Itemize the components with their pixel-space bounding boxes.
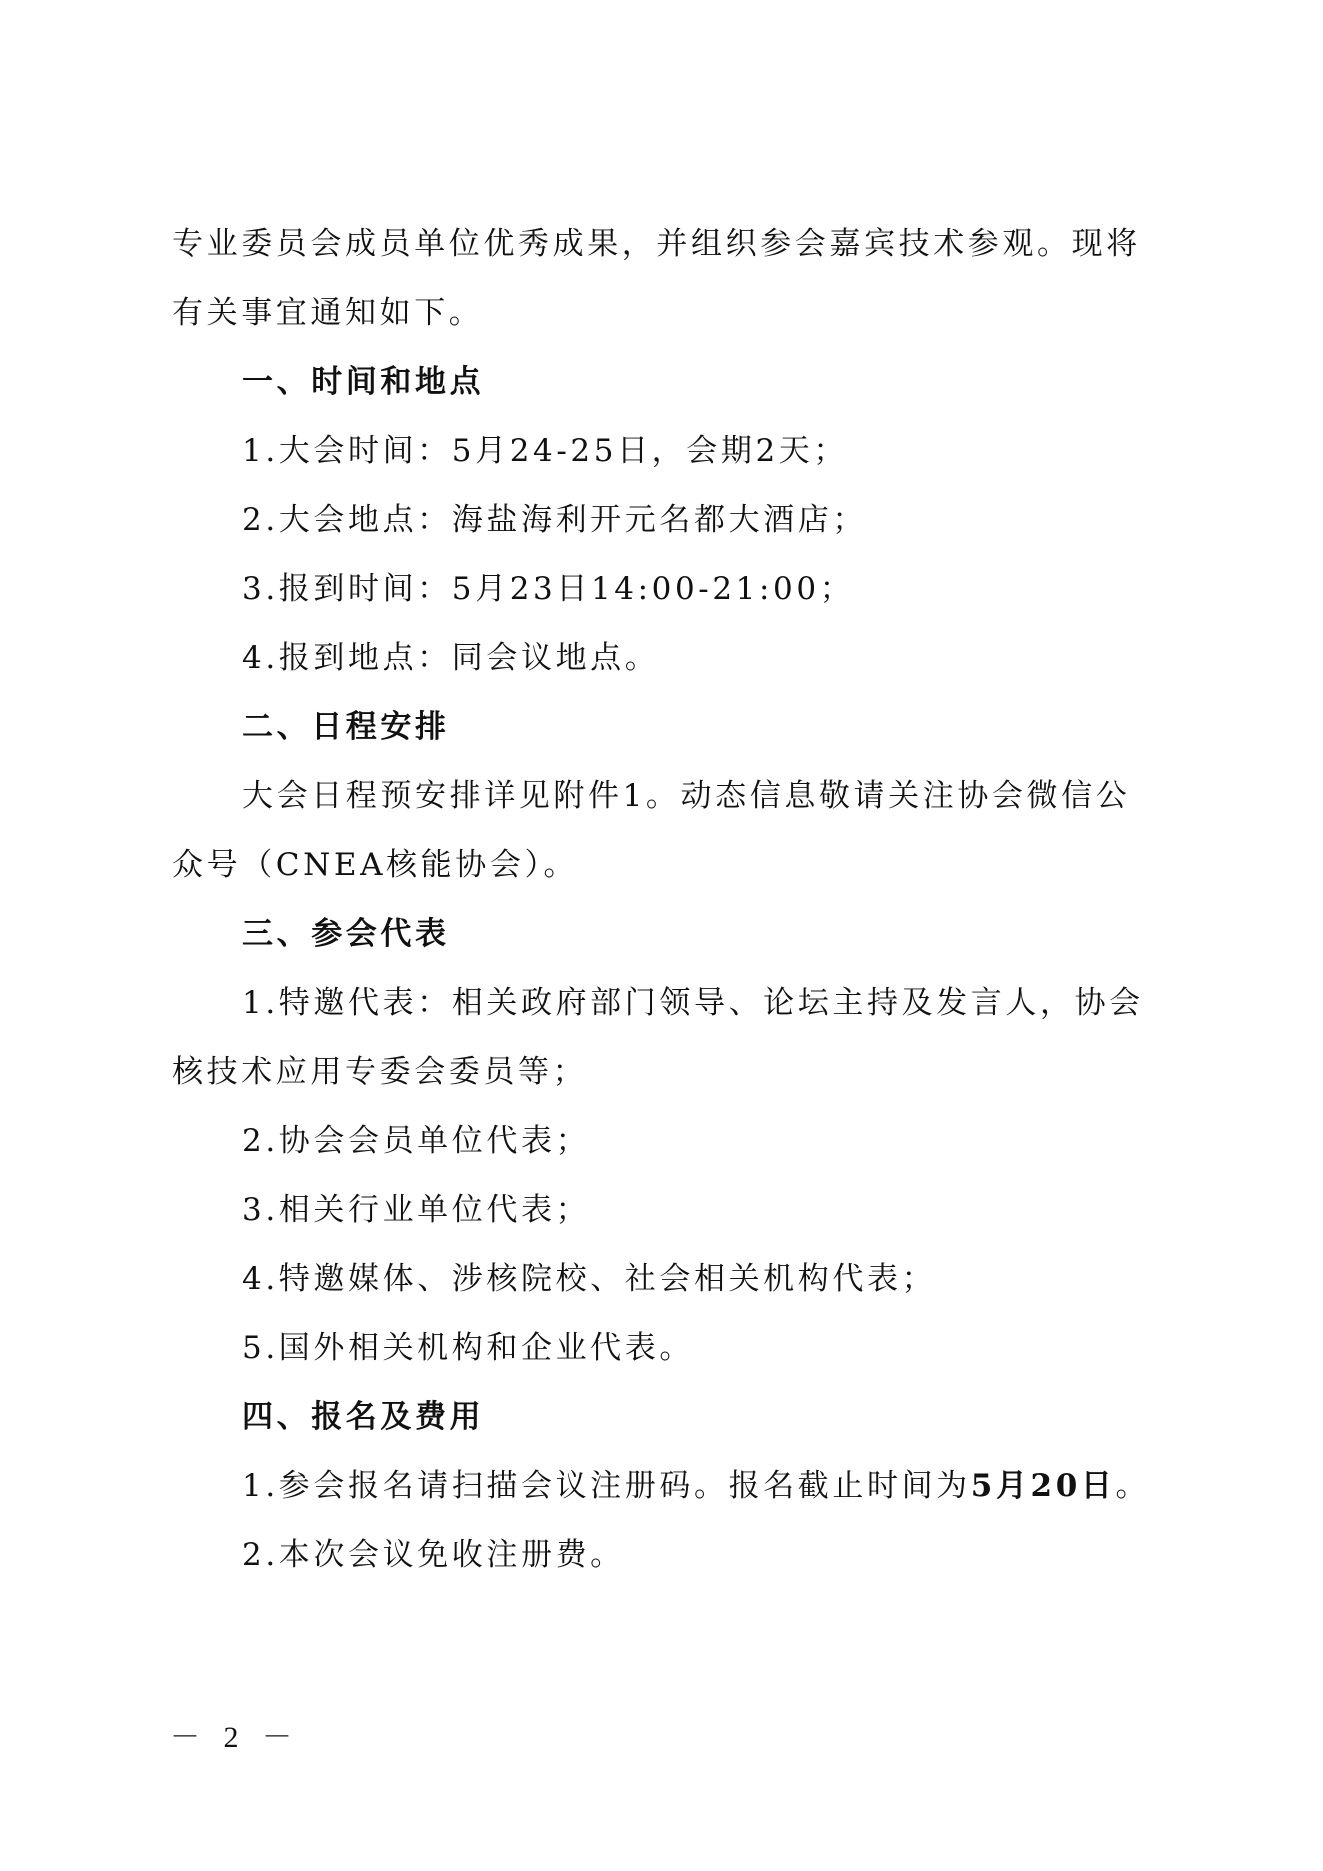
- list-item: 2.本次会议免收注册费。: [242, 1535, 625, 1575]
- list-item-continuation: 核技术应用专委会委员等；: [172, 1052, 587, 1092]
- list-item: 3.报到时间：5月23日14:00-21:00；: [242, 569, 854, 609]
- section-heading-registration: 四、报名及费用: [242, 1397, 484, 1437]
- page-number: － 2 －: [170, 1712, 300, 1756]
- list-item: 1.大会时间：5月24-25日，会期2天；: [242, 431, 848, 471]
- section-heading-time-location: 一、时间和地点: [242, 362, 484, 402]
- list-item: 4.报到地点：同会议地点。: [242, 638, 659, 678]
- list-item: 1.特邀代表：相关政府部门领导、论坛主持及发言人，协会: [242, 983, 1144, 1023]
- document-page: 专业委员会成员单位优秀成果，并组织参会嘉宾技术参观。现将 有关事宜通知如下。 一…: [0, 0, 1323, 1871]
- list-item: 3.相关行业单位代表；: [242, 1190, 590, 1230]
- list-item: 4.特邀媒体、涉核院校、社会相关机构代表；: [242, 1259, 936, 1299]
- section-heading-attendees: 三、参会代表: [242, 914, 450, 954]
- intro-line-2: 有关事宜通知如下。: [172, 293, 483, 333]
- registration-text: 1.参会报名请扫描会议注册码。报名截止时间为: [242, 1468, 971, 1504]
- intro-line-1: 专业委员会成员单位优秀成果，并组织参会嘉宾技术参观。现将: [172, 224, 1141, 264]
- section-heading-schedule: 二、日程安排: [242, 707, 450, 747]
- registration-deadline: 5月20日: [971, 1468, 1116, 1504]
- list-item: 2.协会会员单位代表；: [242, 1121, 590, 1161]
- list-item: 5.国外相关机构和企业代表。: [242, 1328, 694, 1368]
- registration-suffix: 。: [1116, 1468, 1151, 1504]
- list-item: 2.大会地点：海盐海利开元名都大酒店；: [242, 500, 867, 540]
- list-item: 1.参会报名请扫描会议注册码。报名截止时间为5月20日。: [242, 1466, 1150, 1506]
- schedule-paragraph-line-2: 众号（CNEA核能协会）。: [172, 845, 578, 885]
- schedule-paragraph-line-1: 大会日程预安排详见附件1。动态信息敬请关注协会微信公: [242, 776, 1130, 816]
